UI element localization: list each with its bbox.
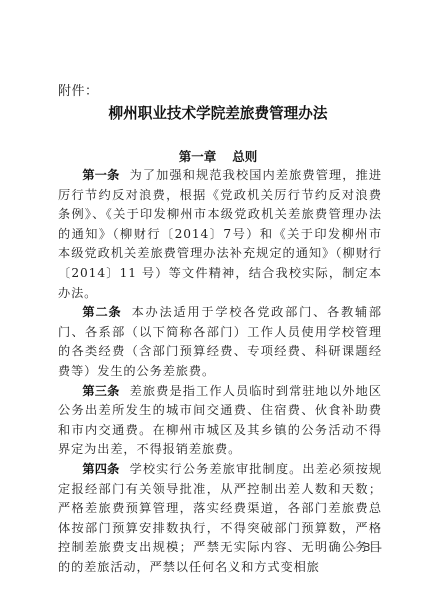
chapter-heading: 第一章总则 [0,147,436,165]
attachment-label: 附件： [58,80,99,99]
article-1: 第一条为了加强和规范我校国内差旅费管理，推进厉行节约反对浪费，根据《党政机关厉行… [58,166,382,303]
article-number: 第二条 [82,305,121,319]
article-3: 第三条差旅费是指工作人员临时到常驻地以外地区公务出差所发生的城市间交通费、住宿费… [58,382,382,460]
document-body: 第一条为了加强和规范我校国内差旅费管理，推进厉行节约反对浪费，根据《党政机关厉行… [58,166,382,577]
chapter-name: 总则 [232,149,257,164]
article-text: 为了加强和规范我校国内差旅费管理，推进厉行节约反对浪费，根据《党政机关厉行节约反… [58,168,382,300]
page-number: - 3 - [352,541,384,554]
document-title: 柳州职业技术学院差旅费管理办法 [0,102,436,123]
article-number: 第四条 [82,462,119,476]
article-2: 第二条本办法适用于学校各党政部门、各教辅部门、各系部（以下简称各部门）工作人员使… [58,303,382,381]
article-number: 第一条 [82,168,119,182]
chapter-number: 第一章 [179,149,217,164]
article-4: 第四条学校实行公务差旅审批制度。出差必须按规定报经部门有关领导批准，从严控制出差… [58,460,382,578]
article-text: 学校实行公务差旅审批制度。出差必须按规定报经部门有关领导批准，从严控制出差人数和… [58,462,382,574]
article-number: 第三条 [82,384,119,398]
document-page: 附件： 柳州职业技术学院差旅费管理办法 第一章总则 第一条为了加强和规范我校国内… [0,0,436,614]
